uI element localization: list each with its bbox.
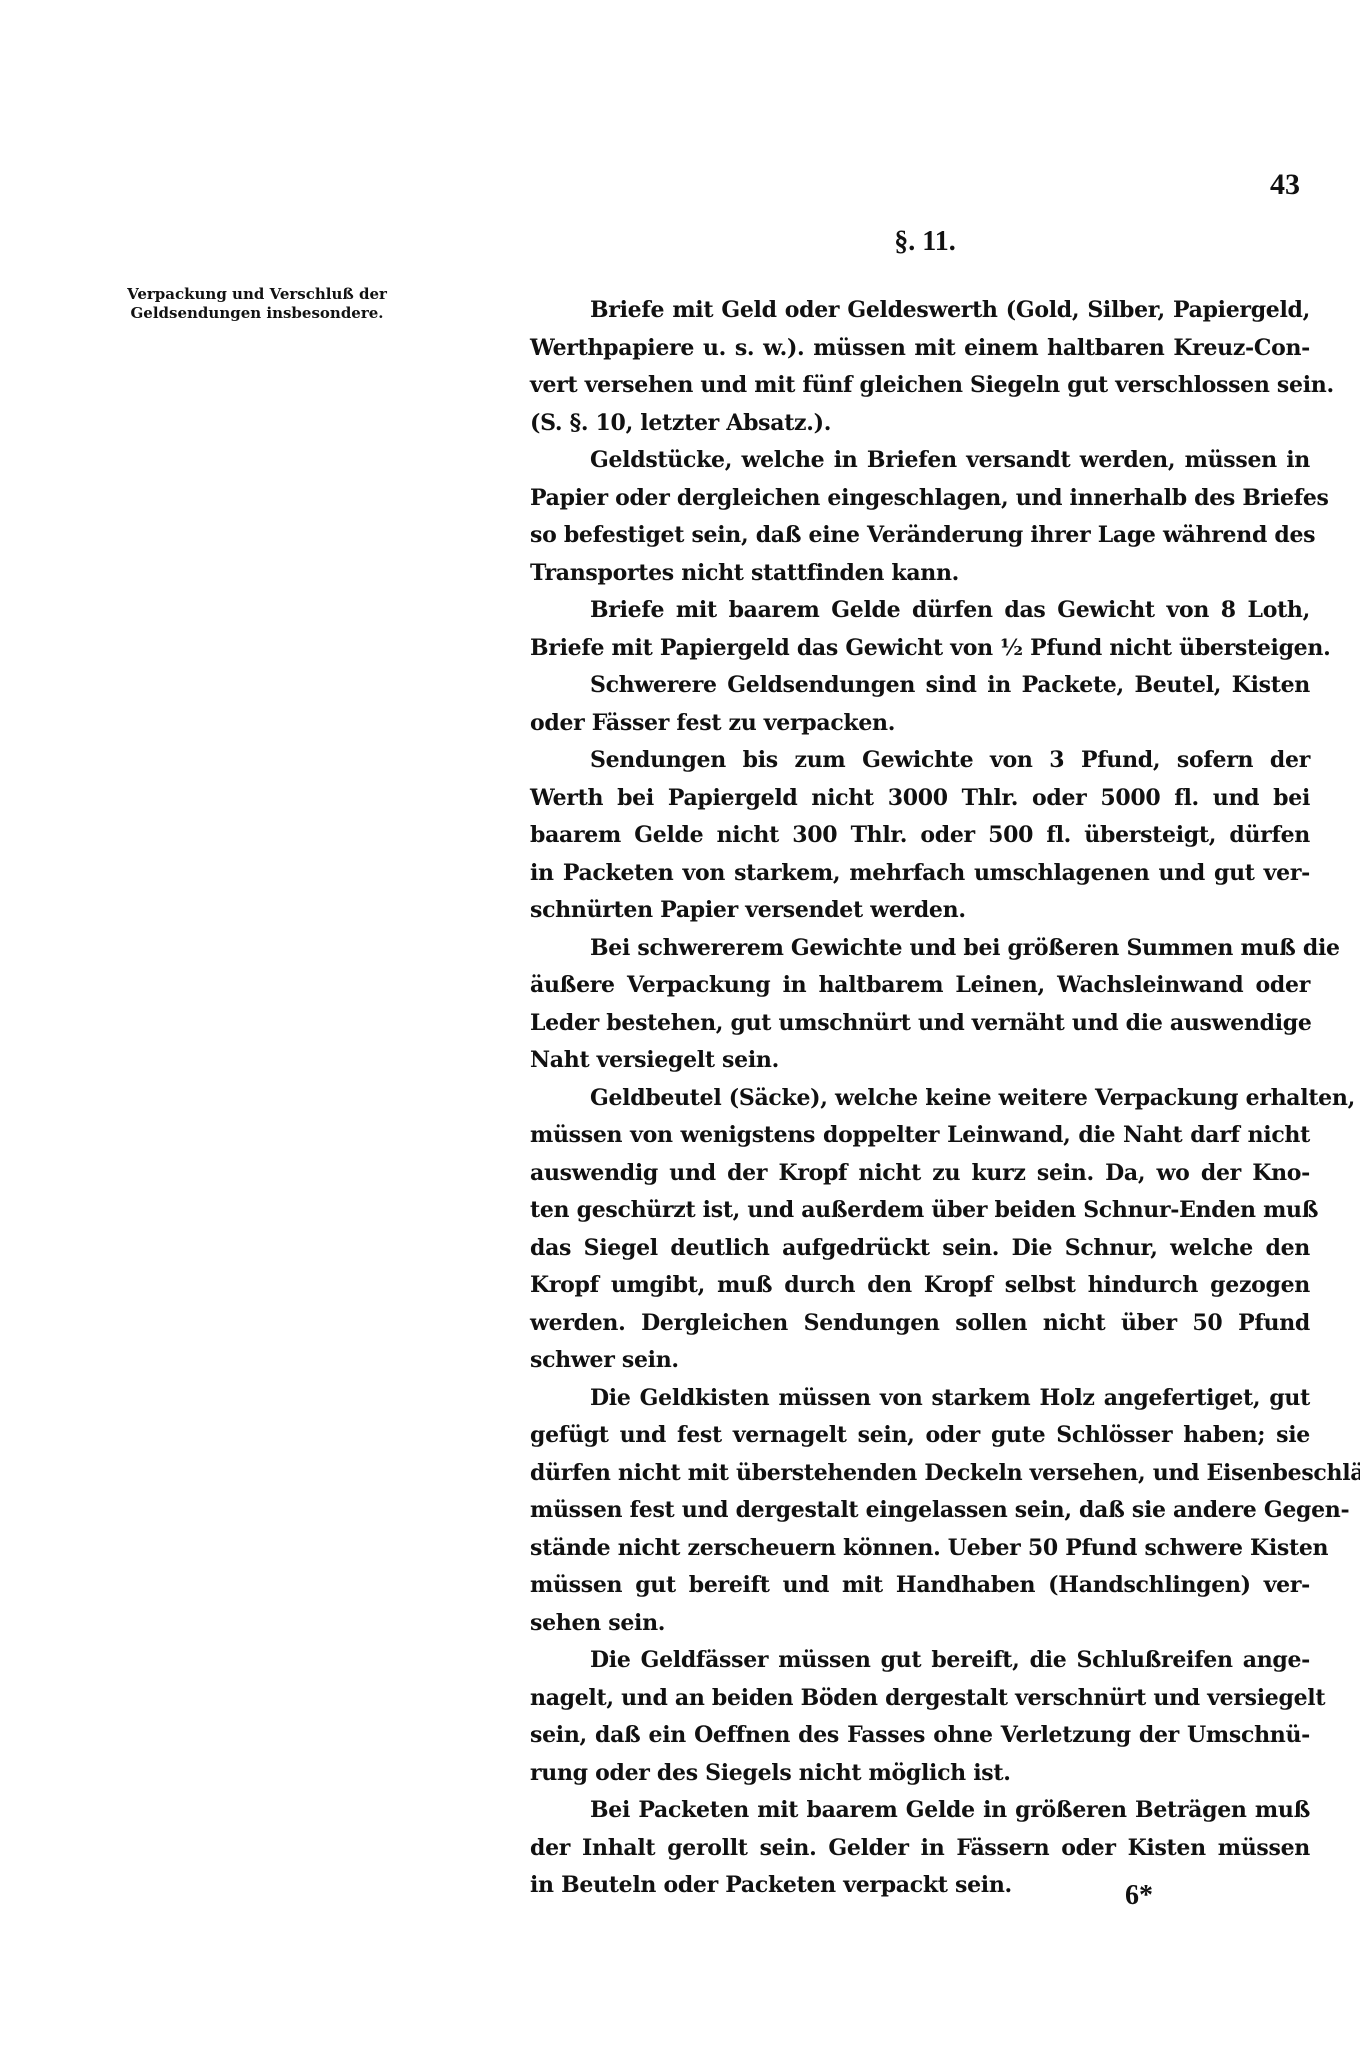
text-line: Leder bestehen, gut umschnürt und vernäh… bbox=[530, 1005, 1310, 1043]
text-line: Briefe mit Papiergeld das Gewicht von ½ … bbox=[530, 630, 1310, 668]
text-line: Transportes nicht stattfinden kann. bbox=[530, 555, 1310, 593]
text-line: sehen sein. bbox=[530, 1605, 1310, 1643]
text-line: in Beuteln oder Packeten verpackt sein. bbox=[530, 1867, 1310, 1905]
text-line: Kropf umgibt, muß durch den Kropf selbst… bbox=[530, 1267, 1310, 1305]
text-line: schnürten Papier versendet werden. bbox=[530, 892, 1310, 930]
text-line: gefügt und fest vernagelt sein, oder gut… bbox=[530, 1417, 1310, 1455]
text-line: Briefe mit Geld oder Geldeswerth (Gold, … bbox=[530, 292, 1310, 330]
text-line: Geldbeutel (Säcke), welche keine weitere… bbox=[530, 1080, 1310, 1118]
text-line: müssen gut bereift und mit Handhaben (Ha… bbox=[530, 1567, 1310, 1605]
text-line: ten geschürzt ist, und außerdem über bei… bbox=[530, 1192, 1310, 1230]
text-line: Geldstücke, welche in Briefen versandt w… bbox=[530, 442, 1310, 480]
text-line: schwer sein. bbox=[530, 1342, 1310, 1380]
text-line: Sendungen bis zum Gewichte von 3 Pfund, … bbox=[530, 742, 1310, 780]
text-line: stände nicht zerscheuern können. Ueber 5… bbox=[530, 1530, 1310, 1568]
text-line: müssen von wenigstens doppelter Leinwand… bbox=[530, 1117, 1310, 1155]
text-line: auswendig und der Kropf nicht zu kurz se… bbox=[530, 1155, 1310, 1193]
text-line: werden. Dergleichen Sendungen sollen nic… bbox=[530, 1305, 1310, 1343]
text-line: äußere Verpackung in haltbarem Leinen, W… bbox=[530, 967, 1310, 1005]
text-line: müssen fest und dergestalt eingelassen s… bbox=[530, 1492, 1310, 1530]
text-line: Die Geldfässer müssen gut bereift, die S… bbox=[530, 1642, 1310, 1680]
text-line: Bei Packeten mit baarem Gelde in größere… bbox=[530, 1792, 1310, 1830]
page-number: 43 bbox=[1270, 168, 1300, 202]
text-line: Bei schwererem Gewichte und bei größeren… bbox=[530, 930, 1310, 968]
text-line: Werthpapiere u. s. w.). müssen mit einem… bbox=[530, 330, 1310, 368]
text-line: Naht versiegelt sein. bbox=[530, 1042, 1310, 1080]
text-line: nagelt, und an beiden Böden dergestalt v… bbox=[530, 1680, 1310, 1718]
text-line: baarem Gelde nicht 300 Thlr. oder 500 fl… bbox=[530, 817, 1310, 855]
text-line: der Inhalt gerollt sein. Gelder in Fässe… bbox=[530, 1830, 1310, 1868]
text-line: oder Fässer fest zu verpacken. bbox=[530, 705, 1310, 743]
text-line: (S. §. 10, letzter Absatz.). bbox=[530, 405, 1310, 443]
body-text: Briefe mit Geld oder Geldeswerth (Gold, … bbox=[530, 292, 1310, 1905]
text-line: sein, daß ein Oeffnen des Fasses ohne Ve… bbox=[530, 1717, 1310, 1755]
text-line: in Packeten von starkem, mehrfach umschl… bbox=[530, 855, 1310, 893]
text-line: vert versehen und mit fünf gleichen Sieg… bbox=[530, 367, 1310, 405]
text-line: das Siegel deutlich aufgedrückt sein. Di… bbox=[530, 1230, 1310, 1268]
text-line: so befestiget sein, daß eine Veränderung… bbox=[530, 517, 1310, 555]
text-line: Schwerere Geldsendungen sind in Packete,… bbox=[530, 667, 1310, 705]
text-line: dürfen nicht mit überstehenden Deckeln v… bbox=[530, 1455, 1310, 1493]
text-line: Papier oder dergleichen eingeschlagen, u… bbox=[530, 480, 1310, 518]
margin-note: Verpackung und Verschluß der Geldsendung… bbox=[92, 285, 422, 323]
text-line: rung oder des Siegels nicht möglich ist. bbox=[530, 1755, 1310, 1793]
text-line: Werth bei Papiergeld nicht 3000 Thlr. od… bbox=[530, 780, 1310, 818]
signature-mark: 6* bbox=[1125, 1880, 1153, 1912]
section-heading: §. 11. bbox=[0, 226, 1360, 258]
text-line: Die Geldkisten müssen von starkem Holz a… bbox=[530, 1380, 1310, 1418]
text-line: Briefe mit baarem Gelde dürfen das Gewic… bbox=[530, 592, 1310, 630]
